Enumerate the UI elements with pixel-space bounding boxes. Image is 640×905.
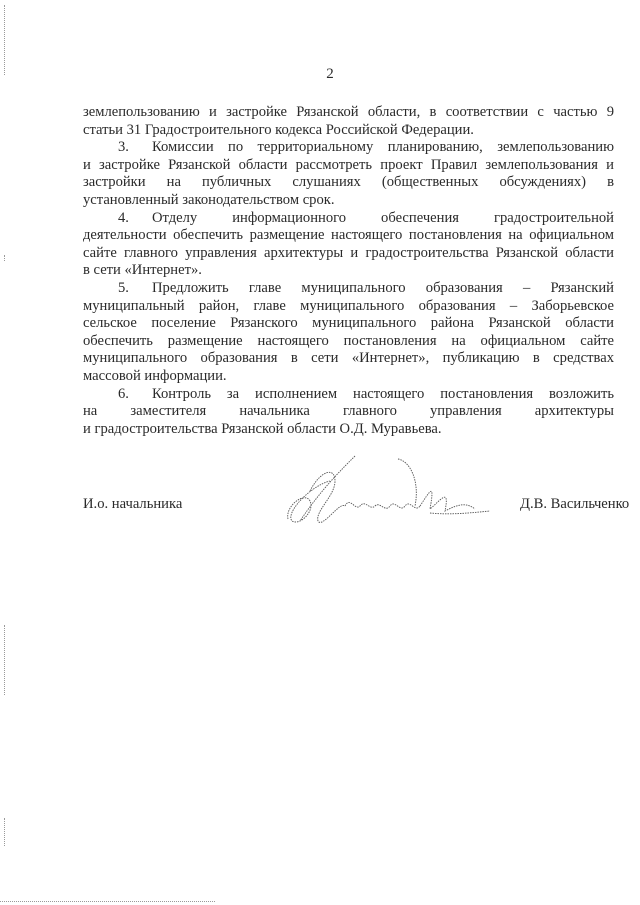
item-number: 5.: [118, 280, 152, 298]
text-line: обеспечить размещение настоящего постано…: [83, 333, 614, 351]
document-body: землепользованию и застройке Рязанской о…: [83, 104, 614, 438]
page-number: 2: [0, 66, 640, 83]
text-line: сельское поселение Рязанского муниципаль…: [83, 315, 614, 333]
paragraph-continuation: землепользованию и застройке Рязанской о…: [83, 104, 614, 139]
text-line: установленный законодательством срок.: [83, 192, 614, 210]
text-line: муниципальный район, главе муниципальног…: [83, 298, 614, 316]
item-number: 6.: [118, 386, 152, 404]
paragraph-5: 5.Предложить главе муниципального образо…: [83, 280, 614, 386]
text-line: и градостроительства Рязанской области О…: [83, 421, 614, 439]
scan-mark: [4, 625, 7, 695]
text-line: деятельности обеспечить размещение насто…: [83, 227, 614, 245]
paragraph-4: 4.Отделу информационного обеспечения гра…: [83, 210, 614, 280]
text-line: 5.Предложить главе муниципального образо…: [83, 280, 614, 298]
item-number: 4.: [118, 210, 152, 228]
text-line: застройки на публичных слушаниях (общест…: [83, 174, 614, 192]
text-line: статьи 31 Градостроительного кодекса Рос…: [83, 122, 614, 140]
paragraph-6: 6.Контроль за исполнением настоящего пос…: [83, 386, 614, 439]
text-line: 3.Комиссии по территориальному планирова…: [83, 139, 614, 157]
text-line: муниципального образования в сети «Интер…: [83, 350, 614, 368]
signatory-title: И.о. начальника: [83, 496, 182, 513]
text-line: сайте главного управления архитектуры и …: [83, 245, 614, 263]
handwritten-signature-icon: [280, 451, 510, 536]
scan-mark: [0, 901, 215, 902]
text-line: и застройке Рязанской области рассмотрет…: [83, 157, 614, 175]
text-line: 4.Отделу информационного обеспечения гра…: [83, 210, 614, 228]
scan-mark: [4, 818, 7, 846]
paragraph-3: 3.Комиссии по территориальному планирова…: [83, 139, 614, 209]
scan-mark: [4, 255, 7, 261]
text-line: на заместителя начальника главного управ…: [83, 403, 614, 421]
signatory-name: Д.В. Васильченко: [520, 496, 629, 513]
item-number: 3.: [118, 139, 152, 157]
text-line: в сети «Интернет».: [83, 262, 614, 280]
text-line: 6.Контроль за исполнением настоящего пос…: [83, 386, 614, 404]
text-line: массовой информации.: [83, 368, 614, 386]
scan-mark: [4, 5, 7, 75]
text-line: землепользованию и застройке Рязанской о…: [83, 104, 614, 122]
